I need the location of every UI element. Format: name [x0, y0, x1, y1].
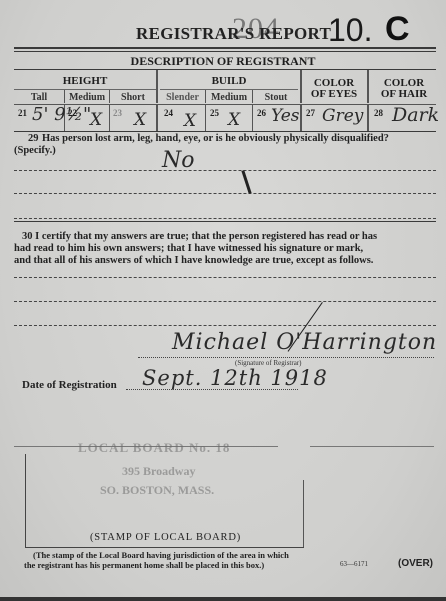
form-number: 63—6171 — [340, 560, 368, 568]
hair-header: COLOR OF HAIR — [370, 78, 438, 100]
q29-number: 29 — [28, 133, 39, 145]
build-slender-label: Slender — [160, 92, 205, 103]
answer-line — [14, 218, 436, 219]
registrar-signature: Michael O'Harrington — [172, 330, 437, 355]
divider — [367, 105, 369, 131]
height-tall-value: 5' 9½" — [32, 104, 91, 125]
page-bottom-edge — [0, 597, 446, 601]
rule — [310, 446, 434, 447]
rule — [160, 89, 298, 90]
rule — [14, 89, 156, 90]
registration-date: Sept. 12th 1918 — [142, 366, 328, 390]
height-short-label: Short — [110, 92, 156, 103]
q29-specify: (Specify.) — [14, 145, 56, 157]
date-label: Date of Registration — [22, 379, 117, 391]
stamp-city: SO. BOSTON, MASS. — [100, 483, 214, 498]
height-short-value: X — [134, 110, 146, 130]
height-tall-label: Tall — [14, 92, 64, 103]
build-medium-label: Medium — [206, 92, 252, 103]
header-rule-thin — [14, 51, 436, 52]
divider — [252, 105, 253, 131]
pen-mark — [241, 170, 251, 194]
answer-line — [14, 193, 436, 194]
rule — [14, 221, 436, 222]
build-slender-value: X — [184, 111, 196, 131]
eye-color-value: Grey — [322, 106, 363, 126]
build-medium-value: X — [228, 110, 240, 130]
section-title: DESCRIPTION OF REGISTRANT — [0, 54, 446, 69]
over-label: (OVER) — [398, 558, 433, 569]
date-line — [126, 389, 298, 390]
serial-number: 10. — [328, 12, 372, 49]
stamp-instructions: (The stamp of the Local Board having jur… — [24, 550, 289, 570]
divider — [300, 105, 302, 131]
serial-letter: C — [385, 10, 410, 49]
q30-text: 30 I certify that my answers are true; t… — [14, 231, 436, 267]
stamp-box-caption: (STAMP OF LOCAL BOARD) — [90, 532, 241, 543]
document-title: REGISTRAR'S REPORT — [136, 24, 331, 44]
divider — [156, 105, 158, 131]
stamp-box-bottom — [25, 547, 304, 548]
q29-text: Has person lost arm, leg, hand, eye, or … — [42, 133, 389, 145]
stamp-box-left — [25, 454, 26, 548]
header-rule — [14, 47, 436, 49]
table-top-rule — [14, 69, 436, 70]
stamp-board-name: LOCAL BOARD No. 18 — [78, 440, 230, 456]
stamp-address: 395 Broadway — [122, 464, 195, 479]
height-medium-value: X — [90, 110, 102, 130]
answer-line — [14, 170, 436, 171]
build-stout-value: Yes — [271, 106, 300, 126]
divider — [156, 70, 158, 103]
stamp-box-right — [303, 480, 304, 548]
eyes-header: COLOR OF EYES — [302, 78, 366, 100]
divider — [367, 70, 369, 103]
hair-color-value: Dark — [392, 104, 439, 126]
divider — [205, 105, 206, 131]
height-medium-label: Medium — [65, 92, 109, 103]
divider — [109, 105, 110, 131]
answer-line — [14, 325, 436, 326]
height-header: HEIGHT — [14, 75, 156, 87]
document-page: 204 REGISTRAR'S REPORT 10. C DESCRIPTION… — [0, 0, 446, 601]
build-stout-label: Stout — [253, 92, 299, 103]
answer-line — [14, 277, 436, 278]
rule — [14, 131, 436, 132]
answer-line — [14, 301, 436, 302]
divider — [300, 70, 302, 103]
signature-line — [138, 357, 434, 358]
build-header: BUILD — [160, 75, 298, 87]
